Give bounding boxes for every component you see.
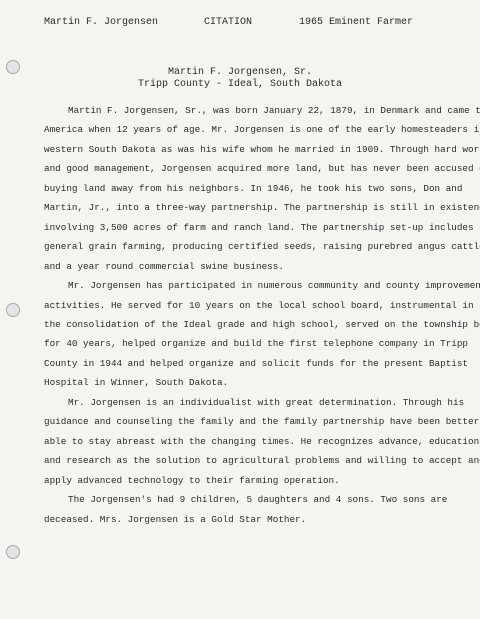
text-line: and good management, Jorgensen acquired …	[44, 159, 444, 178]
text-line: western South Dakota as was his wife who…	[44, 140, 444, 159]
text-line: The Jorgensen's had 9 children, 5 daught…	[44, 490, 444, 509]
paragraph-community-service: Mr. Jorgensen has participated in numero…	[44, 276, 444, 393]
text-line: guidance and counseling the family and t…	[44, 412, 444, 431]
text-line: County in 1944 and helped organize and s…	[44, 354, 444, 373]
text-line: apply advanced technology to their farmi…	[44, 471, 444, 490]
text-line: activities. He served for 10 years on th…	[44, 296, 444, 315]
text-line: able to stay abreast with the changing t…	[44, 432, 444, 451]
punch-hole-bottom	[6, 545, 20, 559]
text-line: Martin, Jr., into a three-way partnershi…	[44, 198, 444, 217]
text-line: for 40 years, helped organize and build …	[44, 334, 444, 353]
text-line: and a year round commercial swine busine…	[44, 257, 444, 276]
text-line: Mr. Jorgensen is an individualist with g…	[44, 393, 444, 412]
text-line: deceased. Mrs. Jorgensen is a Gold Star …	[44, 510, 444, 529]
header-name: Martin F. Jorgensen	[44, 17, 158, 28]
text-line: Martin F. Jorgensen, Sr., was born Janua…	[44, 101, 444, 120]
paragraph-family: The Jorgensen's had 9 children, 5 daught…	[44, 490, 444, 529]
text-line: and research as the solution to agricult…	[44, 451, 444, 470]
paragraph-character: Mr. Jorgensen is an individualist with g…	[44, 393, 444, 490]
text-line: buying land away from his neighbors. In …	[44, 179, 444, 198]
title-block: Martin F. Jorgensen, Sr. Tripp County - …	[0, 67, 480, 91]
honoree-location: Tripp County - Ideal, South Dakota	[0, 79, 480, 91]
citation-body: Martin F. Jorgensen, Sr., was born Janua…	[44, 101, 444, 529]
header-citation: CITATION	[204, 17, 252, 28]
text-line: involving 3,500 acres of farm and ranch …	[44, 218, 444, 237]
text-line: general grain farming, producing certifi…	[44, 237, 444, 256]
document-page: Martin F. Jorgensen CITATION 1965 Eminen…	[0, 0, 480, 619]
text-line: the consolidation of the Ideal grade and…	[44, 315, 444, 334]
punch-hole-middle	[6, 303, 20, 317]
paragraph-birth-and-farming: Martin F. Jorgensen, Sr., was born Janua…	[44, 101, 444, 276]
text-line: America when 12 years of age. Mr. Jorgen…	[44, 120, 444, 139]
text-line: Mr. Jorgensen has participated in numero…	[44, 276, 444, 295]
honoree-name: Martin F. Jorgensen, Sr.	[0, 67, 480, 79]
header-award: 1965 Eminent Farmer	[299, 17, 413, 28]
text-line: Hospital in Winner, South Dakota.	[44, 373, 444, 392]
